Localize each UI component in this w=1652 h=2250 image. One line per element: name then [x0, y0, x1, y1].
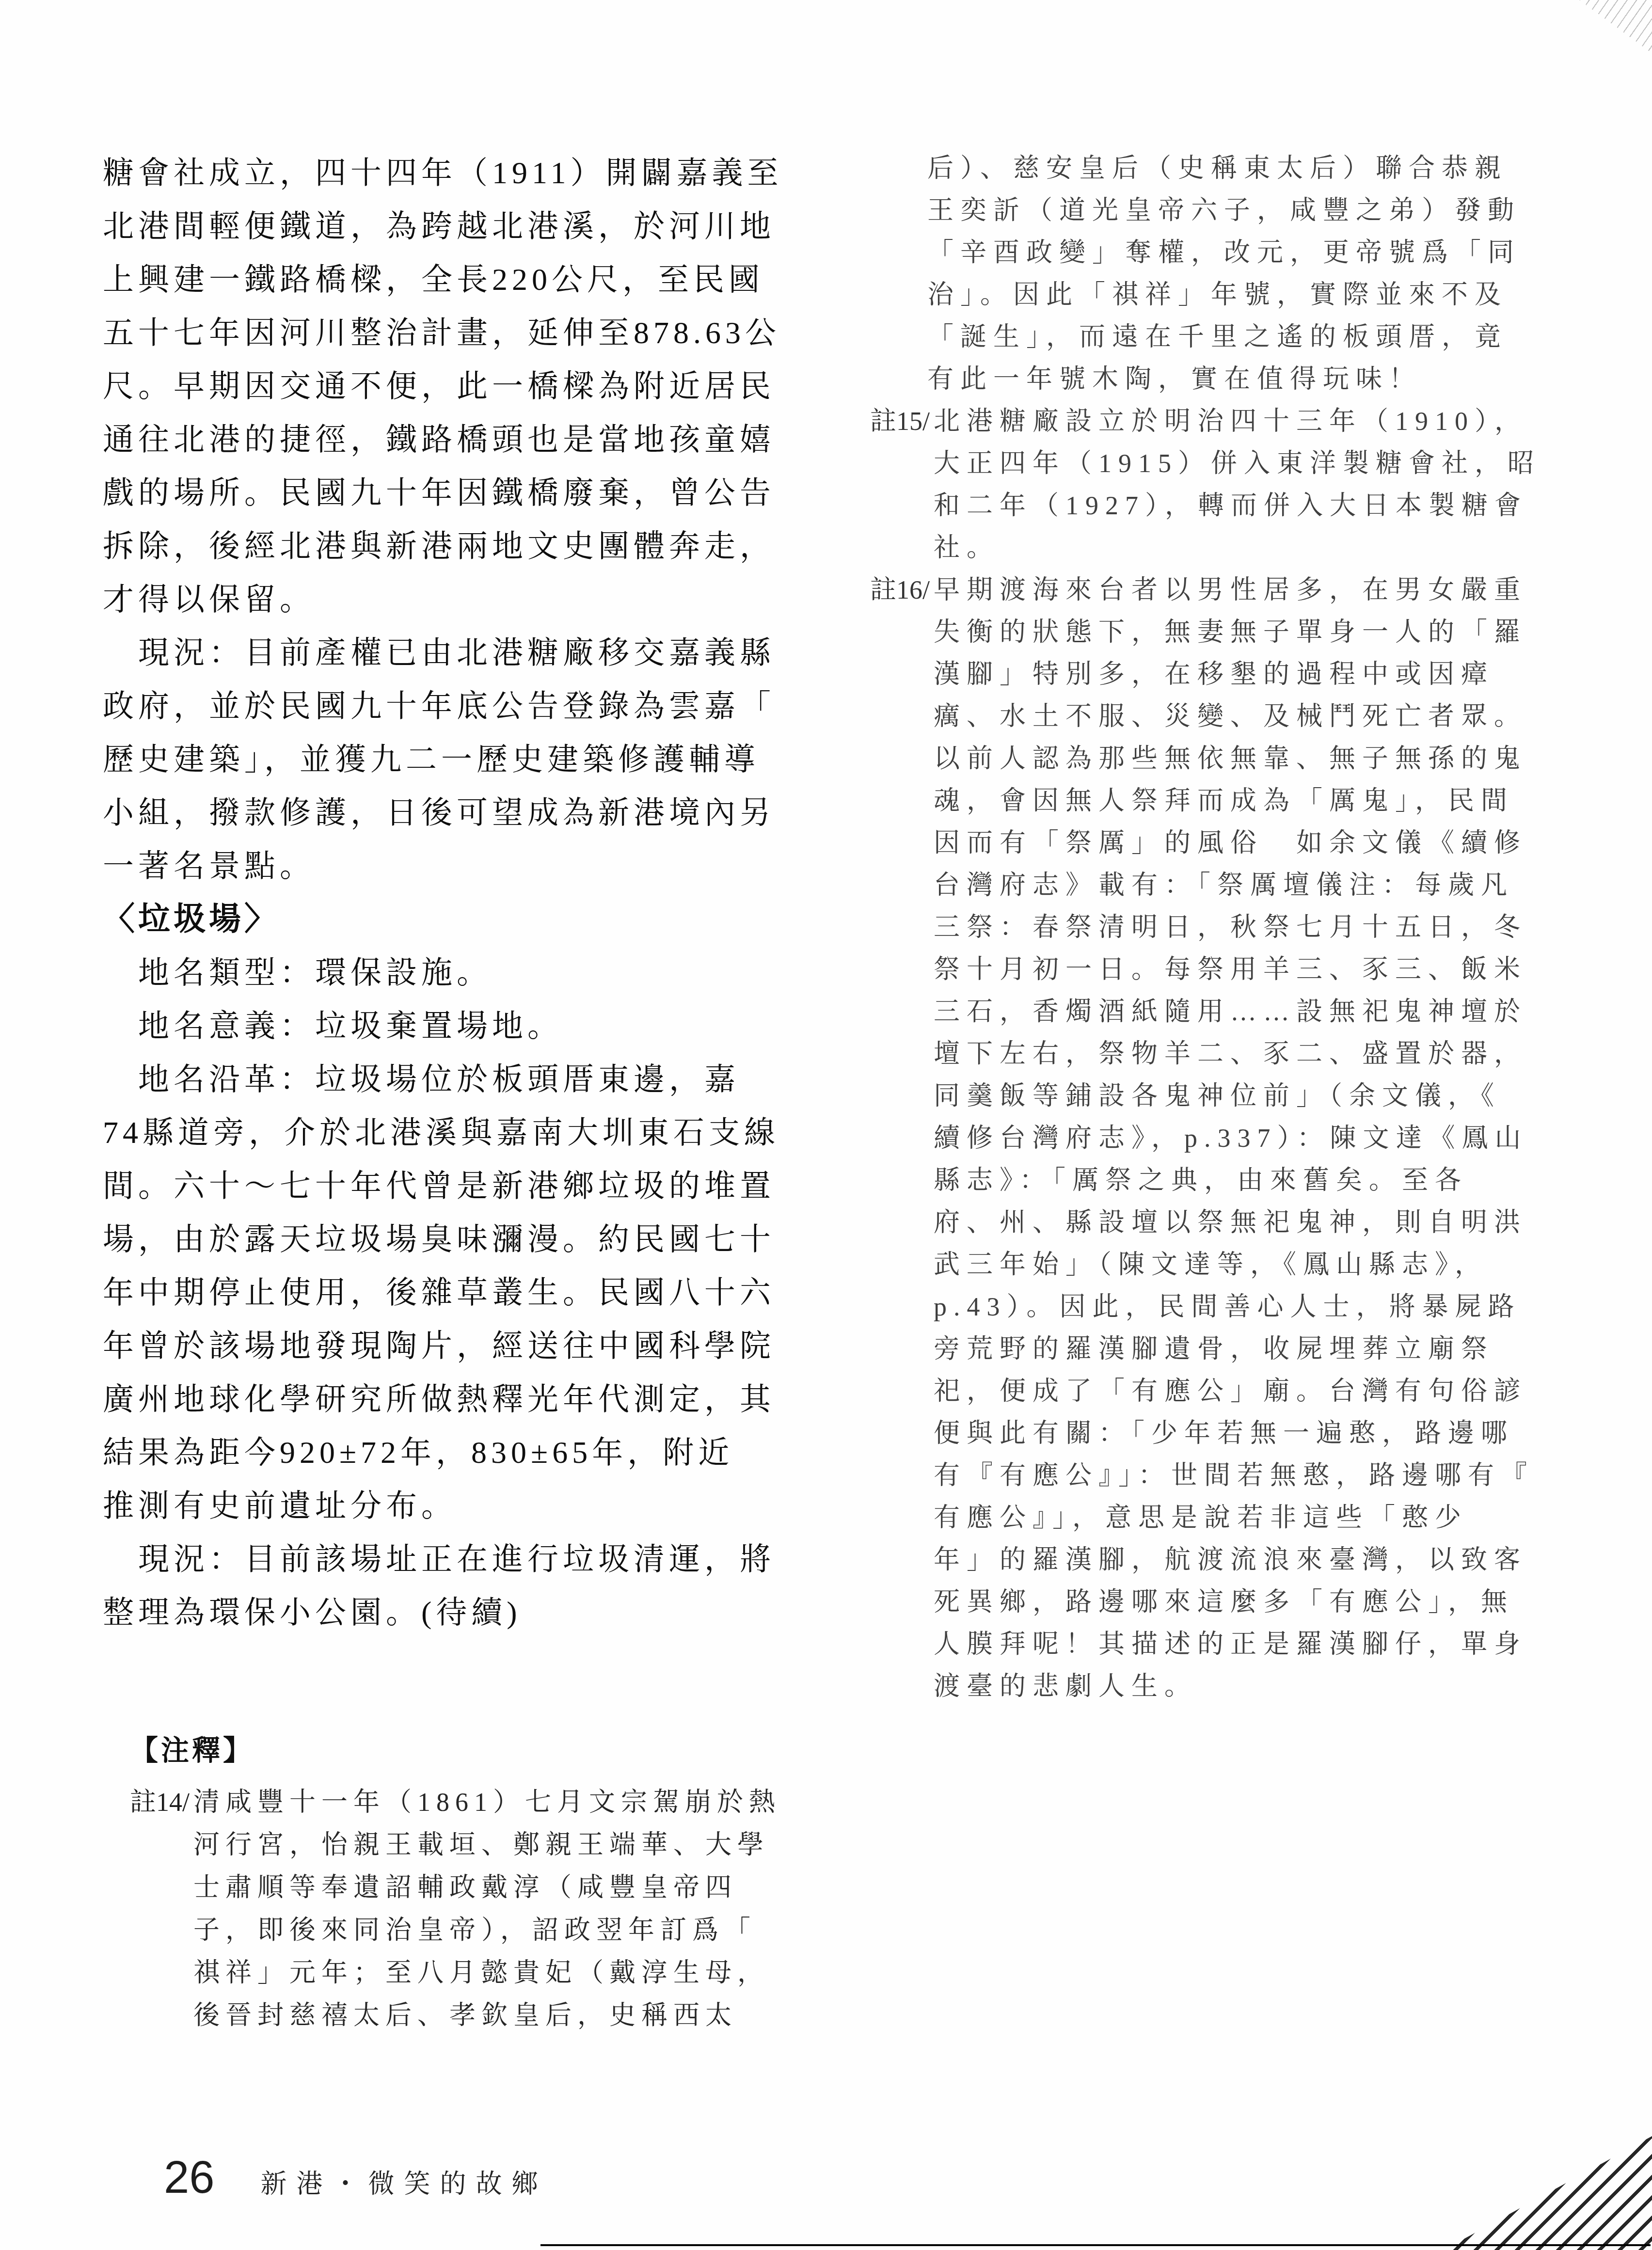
text-line: 以前人認為那些無依無靠、無子無孫的鬼 [934, 738, 1534, 780]
note-14: 註14/ 清咸豐十一年（1861）七月文宗駕崩於熱河行宮，怡親王載垣、鄭親王端華… [130, 1781, 867, 2037]
text-line: 有應公』」，意思是說若非這些「憨少 [934, 1497, 1534, 1539]
note-16: 註16/ 早期渡海來台者以男性居多，在男女嚴重失衡的狀態下，無妻無子單身一人的「… [870, 569, 1641, 1708]
page-footer: 26 新港・微笑的故鄉 [164, 2151, 548, 2203]
text-line: 後晉封慈禧太后、孝欽皇后，史稱西太 [193, 1994, 781, 2037]
text-line: 地名意義：垃圾棄置場地。 [103, 999, 852, 1053]
paragraph-block-bottom: 地名類型：環保設施。 地名意義：垃圾棄置場地。 地名沿革：垃圾場位於板頭厝東邊，… [103, 946, 852, 1639]
text-line: 續修台灣府志》，p.337）：陳文達《鳳山 [934, 1117, 1534, 1159]
text-line: 祺祥」元年；至八月懿貴妃（戴淳生母， [193, 1951, 781, 1994]
text-line: 北港糖廠設立於明治四十三年（1910）， [934, 400, 1541, 443]
text-line: 祭十月初一日。每祭用羊三、豕三、飯米 [934, 949, 1534, 991]
text-line: 魂，會因無人祭拜而成為「厲鬼」，民間 [934, 780, 1534, 822]
text-line: 壇下左右，祭物羊二、豕二、盛置於器， [934, 1033, 1534, 1075]
text-line: 士肅順等奉遺詔輔政戴淳（咸豐皇帝四 [193, 1866, 781, 1909]
text-line: 北港間輕便鐵道，為跨越北港溪，於河川地 [103, 200, 852, 253]
text-line: p.43）。因此，民間善心人士，將暴屍路 [934, 1286, 1534, 1328]
text-line: 一著名景點。 [103, 840, 852, 893]
text-line: 才得以保留。 [103, 573, 852, 626]
text-line: 上興建一鐵路橋樑，全長220公尺，至民國 [103, 253, 852, 306]
note-16-label: 註16/ [870, 569, 934, 611]
note-14-continuation: 后）、慈安皇后（史稱東太后）聯合恭親王奕訢（道光皇帝六子，咸豐之弟）發動「辛酉政… [927, 147, 1641, 400]
text-line: 早期渡海來台者以男性居多，在男女嚴重 [934, 569, 1534, 611]
text-line: 場，由於露天垃圾場臭味瀰漫。約民國七十 [103, 1213, 852, 1266]
text-line: 有此一年號木陶，實在值得玩味！ [927, 358, 1641, 400]
text-line: 和二年（1927），轉而併入大日本製糖會 [934, 485, 1541, 527]
text-line: 歷史建築」，並獲九二一歷史建築修護輔導 [103, 733, 852, 786]
text-line: 74縣道旁，介於北港溪與嘉南大圳東石支線 [103, 1106, 852, 1159]
note-16-body: 早期渡海來台者以男性居多，在男女嚴重失衡的狀態下，無妻無子單身一人的「羅漢腳」特… [934, 569, 1534, 1708]
note-15-body: 北港糖廠設立於明治四十三年（1910），大正四年（1915）併入東洋製糖會社，昭… [934, 400, 1541, 569]
scan-artifact-top-right [1579, 0, 1652, 53]
text-line: 尺。早期因交通不便，此一橋樑為附近居民 [103, 360, 852, 413]
text-line: 渡臺的悲劇人生。 [934, 1665, 1534, 1708]
text-line: 祀，便成了「有應公」廟。台灣有句俗諺 [934, 1370, 1534, 1412]
text-line: 癘、水土不服、災變、及械鬥死亡者眾。 [934, 696, 1534, 738]
text-line: 小組，撥款修護，日後可望成為新港境內另 [103, 786, 852, 840]
text-line: 間。六十～七十年代曾是新港鄉垃圾的堆置 [103, 1159, 852, 1213]
text-line: 拆除，後經北港與新港兩地文史團體奔走， [103, 520, 852, 573]
text-line: 王奕訢（道光皇帝六子，咸豐之弟）發動 [927, 190, 1641, 232]
text-line: 旁荒野的羅漢腳遺骨，收屍埋葬立廟祭 [934, 1328, 1534, 1370]
right-column: 后）、慈安皇后（史稱東太后）聯合恭親王奕訢（道光皇帝六子，咸豐之弟）發動「辛酉政… [870, 147, 1641, 1708]
text-line: 便與此有關：「少年若無一遍憨，路邊哪 [934, 1412, 1534, 1455]
notes-section: 【注釋】 註14/ 清咸豐十一年（1861）七月文宗駕崩於熱河行宮，怡親王載垣、… [130, 1724, 867, 2037]
text-line: 推測有史前遺址分布。 [103, 1479, 852, 1533]
text-line: 廣州地球化學研究所做熱釋光年代測定，其 [103, 1373, 852, 1426]
text-line: 「誕生」，而遠在千里之遙的板頭厝，竟 [927, 316, 1641, 358]
text-line: 年中期停止使用，後雜草叢生。民國八十六 [103, 1266, 852, 1319]
text-line: 因而有「祭厲」的風俗 如余文儀《續修 [934, 822, 1534, 864]
text-line: 戲的場所。民國九十年因鐵橋廢棄，曾公告 [103, 466, 852, 520]
text-line: 政府，並於民國九十年底公告登錄為雲嘉「 [103, 680, 852, 733]
text-line: 失衡的狀態下，無妻無子單身一人的「羅 [934, 611, 1534, 653]
notes-header: 【注釋】 [130, 1724, 867, 1778]
text-line: 地名沿革：垃圾場位於板頭厝東邊，嘉 [103, 1053, 852, 1106]
text-line: 社。 [934, 527, 1541, 569]
text-line: 現況：目前產權已由北港糖廠移交嘉義縣 [103, 626, 852, 680]
note-14-label: 註14/ [130, 1781, 193, 1823]
text-line: 「辛酉政變」奪權，改元，更帝號爲「同 [927, 232, 1641, 274]
text-line: 大正四年（1915）併入東洋製糖會社，昭 [934, 443, 1541, 485]
text-line: 地名類型：環保設施。 [103, 946, 852, 999]
scan-artifact-bottom-right [1444, 2136, 1652, 2250]
text-line: 同羹飯等鋪設各鬼神位前」（余文儀，《 [934, 1075, 1534, 1117]
note-15: 註15/ 北港糖廠設立於明治四十三年（1910），大正四年（1915）併入東洋製… [870, 400, 1641, 569]
text-line: 年」的羅漢腳，航渡流浪來臺灣，以致客 [934, 1539, 1534, 1581]
left-column: 糖會社成立，四十四年（1911）開闢嘉義至北港間輕便鐵道，為跨越北港溪，於河川地… [103, 146, 852, 1639]
text-line: 台灣府志》載有：「祭厲壇儀注：每歲凡 [934, 864, 1534, 906]
text-line: 有『有應公』」：世間若無憨，路邊哪有『 [934, 1455, 1534, 1497]
text-line: 整理為環保小公園。(待續) [103, 1586, 852, 1639]
text-line: 年曾於該場地發現陶片，經送往中國科學院 [103, 1319, 852, 1373]
scanned-book-page: 糖會社成立，四十四年（1911）開闢嘉義至北港間輕便鐵道，為跨越北港溪，於河川地… [0, 0, 1652, 2250]
text-line: 結果為距今920±72年，830±65年，附近 [103, 1426, 852, 1479]
section-heading-garbage-dump: 〈垃圾場〉 [103, 893, 852, 946]
text-line: 府、州、縣設壇以祭無祀鬼神，則自明洪 [934, 1202, 1534, 1244]
text-line: 五十七年因河川整治計畫，延伸至878.63公 [103, 306, 852, 360]
text-line: 武三年始」（陳文達等，《鳳山縣志》， [934, 1244, 1534, 1286]
text-line: 清咸豐十一年（1861）七月文宗駕崩於熱 [193, 1781, 781, 1823]
text-line: 糖會社成立，四十四年（1911）開闢嘉義至 [103, 146, 852, 200]
text-line: 通往北港的捷徑，鐵路橋頭也是當地孩童嬉 [103, 413, 852, 466]
text-line: 現況：目前該場址正在進行垃圾清運，將 [103, 1533, 852, 1586]
text-line: 子，即後來同治皇帝），詔政翌年訂爲「 [193, 1909, 781, 1951]
text-line: 三祭：春祭清明日，秋祭七月十五日，冬 [934, 906, 1534, 949]
page-number: 26 [164, 2151, 215, 2203]
paragraph-block-top: 糖會社成立，四十四年（1911）開闢嘉義至北港間輕便鐵道，為跨越北港溪，於河川地… [103, 146, 852, 893]
note-14-body: 清咸豐十一年（1861）七月文宗駕崩於熱河行宮，怡親王載垣、鄭親王端華、大學士肅… [193, 1781, 781, 2037]
text-line: 三石，香燭酒紙隨用……設無祀鬼神壇於 [934, 991, 1534, 1033]
note-15-label: 註15/ [870, 400, 934, 443]
text-line: 治」。因此「祺祥」年號，實際並來不及 [927, 274, 1641, 316]
text-line: 后）、慈安皇后（史稱東太后）聯合恭親 [927, 147, 1641, 190]
book-title: 新港・微笑的故鄉 [261, 2163, 548, 2201]
text-line: 人膜拜呢！其描述的正是羅漢腳仔，單身 [934, 1623, 1534, 1665]
text-line: 河行宮，怡親王載垣、鄭親王端華、大學 [193, 1823, 781, 1866]
text-line: 死異鄉，路邊哪來這麼多「有應公」，無 [934, 1581, 1534, 1623]
text-line: 漢腳」特別多，在移墾的過程中或因瘴 [934, 653, 1534, 696]
text-line: 縣志》：「厲祭之典，由來舊矣。至各 [934, 1159, 1534, 1202]
